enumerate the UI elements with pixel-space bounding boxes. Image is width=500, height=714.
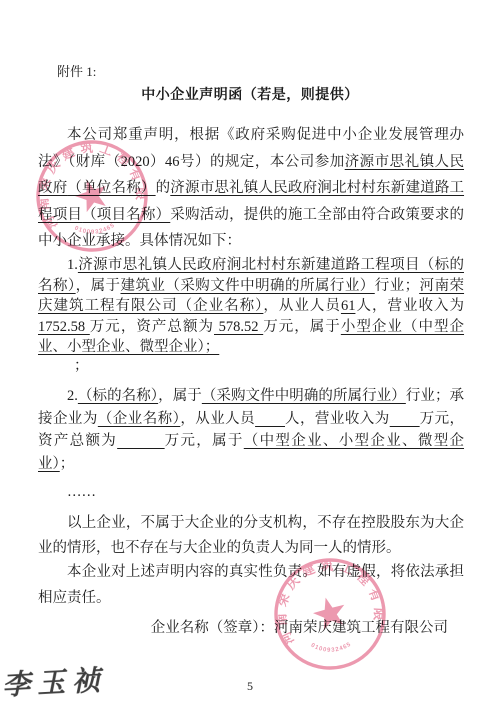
- intro-paragraph: 本公司郑重声明，根据《政府采购促进中小企业发展管理办法》（财库（2020）46号…: [38, 122, 464, 255]
- stray-punctuation: ；: [74, 354, 89, 375]
- declaration-document-page: 附件 1: 中小企业声明函（若是，则提供） 本公司郑重声明，根据《政府采购促进中…: [0, 0, 500, 714]
- page-number: 5: [0, 679, 500, 694]
- attachment-label: 附件 1:: [57, 61, 96, 80]
- page-title: 中小企业声明函（若是，则提供）: [0, 84, 500, 104]
- signature-company: 河南荣庆建筑工程有限公司: [274, 620, 448, 636]
- signature-line: 企业名称（签章）：河南荣庆建筑工程有限公司: [151, 616, 448, 637]
- item1-paragraph: 1.济源市思礼镇人民政府涧北村村东新建道路工程项目（标的名称），属于建筑业（采购…: [38, 255, 464, 358]
- signature-label: 企业名称（签章）：: [151, 620, 274, 636]
- ellipsis-line: ……: [38, 482, 464, 502]
- no-big-enterprise-paragraph: 以上企业，不属于大企业的分支机构，不存在控股股东为大企业的情形，也不存在与大企业…: [38, 511, 464, 560]
- responsibility-paragraph: 本企业对上述声明内容的真实性负责。如有虚假，将依法承担相应责任。: [38, 560, 464, 611]
- item2-paragraph: 2.（标的名称），属于（采购文件中明确的所属行业）行业；承接企业为（企业名称），…: [38, 385, 464, 475]
